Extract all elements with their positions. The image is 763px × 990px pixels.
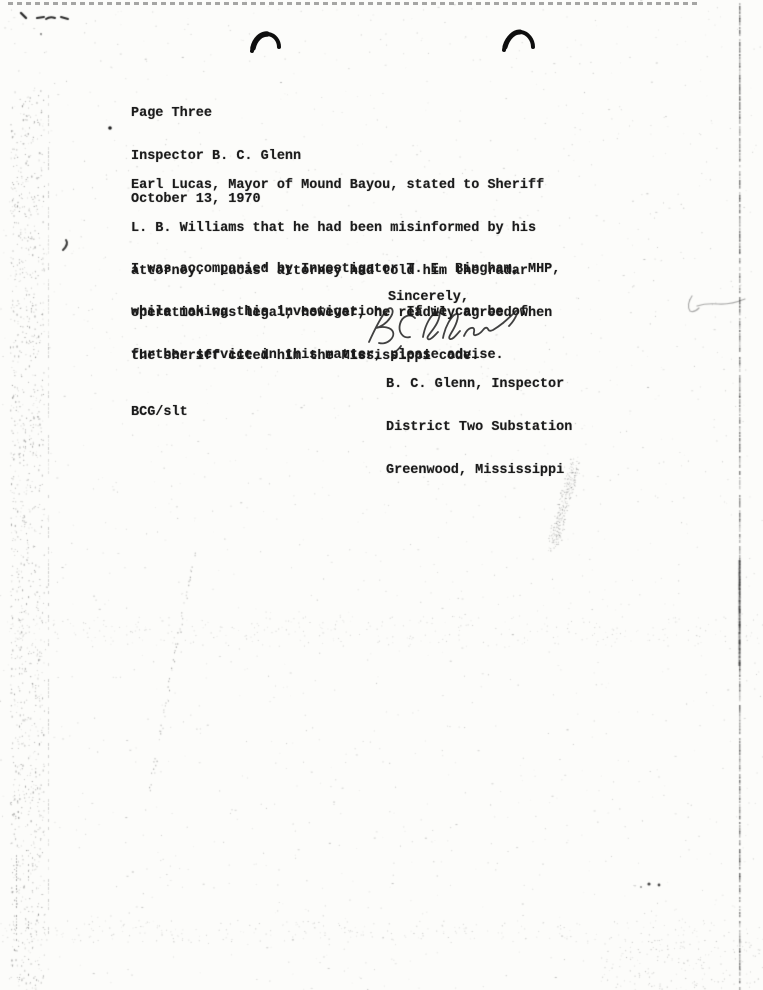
reference-initials: BCG/slt <box>131 406 188 420</box>
scan-noise-layer <box>0 0 763 990</box>
perforation-dotted-line <box>8 2 698 5</box>
fastener-arc-mark-right <box>500 28 538 56</box>
signer-location-line: Greenwood, Mississippi <box>386 464 572 478</box>
scanned-letter-page: Page Three Inspector B. C. Glenn October… <box>0 0 763 990</box>
body-line: I was accompanied by Investigator T. E. … <box>131 263 560 277</box>
fastener-arc-mark-left <box>248 30 284 56</box>
signature <box>366 301 534 353</box>
signature-block: B. C. Glenn, Inspector District Two Subs… <box>386 350 572 506</box>
body-line: Earl Lucas, Mayor of Mound Bayou, stated… <box>131 179 552 193</box>
page-number-line: Page Three <box>131 107 301 121</box>
signer-name-title-line: B. C. Glenn, Inspector <box>386 378 572 392</box>
signer-unit-line: District Two Substation <box>386 421 572 435</box>
